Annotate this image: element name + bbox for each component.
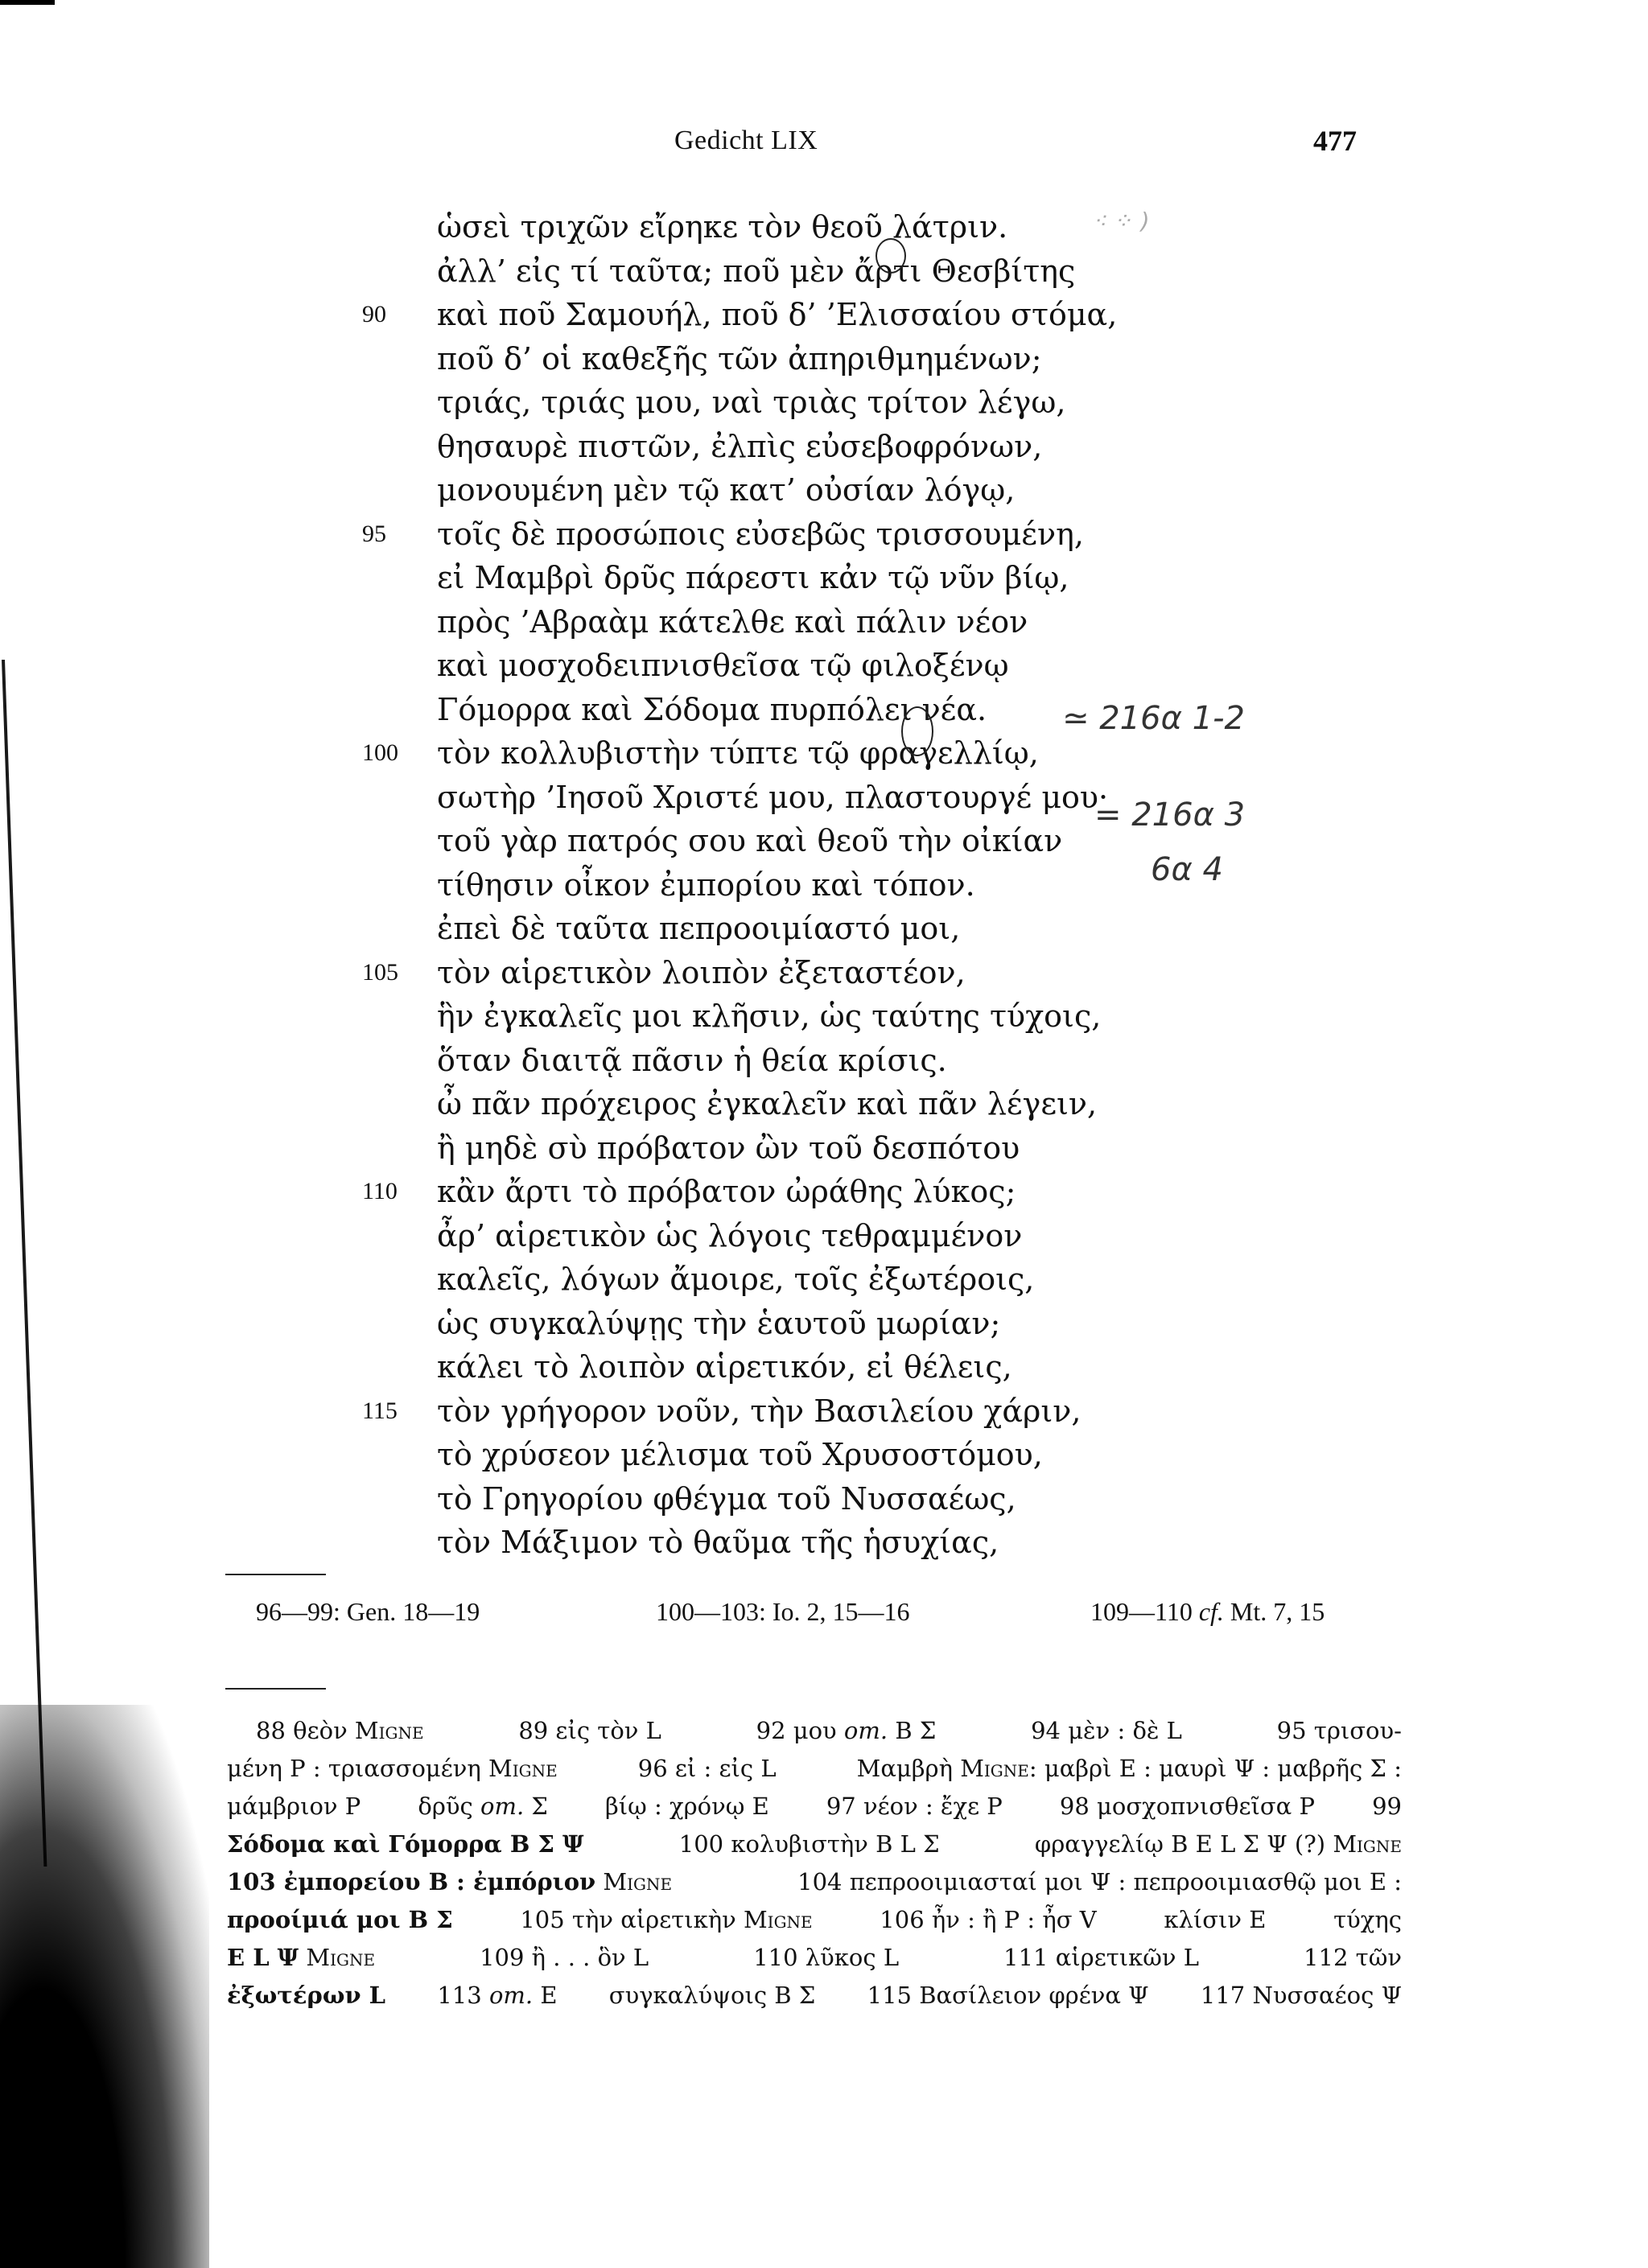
verse-line: καλεῖς, λόγων ἄμοιρε, τοῖς ἐξωτέροις, [362,1257,1408,1302]
margin-note-2: = 216α 3 [1094,796,1245,834]
verse-text: ὡς συγκαλύψῃς τὴν ἑαυτοῦ μωρίαν; [437,1302,1000,1346]
verse-text: τοῦ γὰρ πατρός σου καὶ θεοῦ τὴν οἰκίαν [437,819,1062,863]
running-title: Gedicht LIX [674,126,818,156]
verse-line: ὡς συγκαλύψῃς τὴν ἑαυτοῦ μωρίαν; [362,1302,1408,1346]
verse-text: τριάς, τριάς μου, ναὶ τριὰς τρίτον λέγω, [437,381,1065,425]
verse-number: 90 [362,293,418,337]
verse-number: 95 [362,512,418,557]
poem-text: ὡσεὶ τριχῶν εἴρηκε τὸν θεοῦ λάτριν.ἀλλ’ … [362,205,1408,1565]
verse-text: τοῖς δὲ προσώποις εὐσεβῶς τρισσουμένη, [437,512,1084,557]
verse-text: τὸν Μάξιμον τὸ θαῦμα τῆς ἡσυχίας, [437,1521,999,1565]
verse-number: 105 [362,951,418,995]
page-header: Gedicht LIX 477 [0,119,1648,167]
verse-line: εἰ Μαμβρὶ δρῦς πάρεστι κἀν τῷ νῦν βίῳ, [362,556,1408,600]
scan-shadow [0,1705,209,2268]
verse-line: τὸ Γρηγορίου φθέγμα τοῦ Νυσσαέως, [362,1477,1408,1521]
verse-line: θησαυρὲ πιστῶν, ἐλπὶς εὐσεβοφρόνων, [362,425,1408,469]
apparatus-line-8: ἐξωτέρων L 113 om. E συγκαλύψοις B Σ 115… [227,1977,1402,2015]
apparatus-line-7: E L Ψ Migne 109 ἢ . . . ὃν L 110 λῦκος L… [227,1939,1402,1977]
verse-text: καὶ ποῦ Σαμουήλ, ποῦ δ’ ’Ελισσαίου στόμα… [437,293,1117,337]
lambda-circle-mark [901,706,933,756]
verse-text: ποῦ δ’ οἱ καθεξῆς τῶν ἀπηριθμημένων; [437,337,1042,381]
separator-rule-2 [225,1688,326,1690]
verse-line: τὸ χρύσεον μέλισμα τοῦ Χρυσοστόμου, [362,1433,1408,1477]
verse-text: ἣν ἐγκαλεῖς μοι κλῆσιν, ὡς ταύτης τύχοις… [437,994,1101,1039]
verse-line: μονουμένη μὲν τῷ κατ’ οὐσίαν λόγῳ, [362,468,1408,512]
verse-text: σωτὴρ ’Ιησοῦ Χριστέ μου, πλαστουργέ μου· [437,776,1108,820]
verse-line: ἐπεὶ δὲ ταῦτα πεπροοιμίαστό μοι, [362,907,1408,951]
verse-text: εἰ Μαμβρὶ δρῦς πάρεστι κἀν τῷ νῦν βίῳ, [437,556,1069,600]
verse-line: σωτὴρ ’Ιησοῦ Χριστέ μου, πλαστουργέ μου· [362,776,1408,820]
citation-1: 96—99: Gen. 18—19 [256,1597,480,1627]
separator-rule-1 [225,1574,326,1575]
verse-line: 90καὶ ποῦ Σαμουήλ, ποῦ δ’ ’Ελισσαίου στό… [362,293,1408,337]
verse-line: τίθησιν οἶκον ἐμπορίου καὶ τόπον. [362,863,1408,908]
verse-text: πρὸς ’Αβραὰμ κάτελθε καὶ πάλιν νέον [437,600,1028,644]
verse-line: τοῦ γὰρ πατρός σου καὶ θεοῦ τὴν οἰκίαν [362,819,1408,863]
citation-3: 109—110 cf. Mt. 7, 15 [1090,1597,1325,1627]
verse-number: 100 [362,731,418,776]
apparatus-line-4: Σόδομα καὶ Γόμορρα B Σ Ψ 100 κολυβιστὴν … [227,1826,1402,1863]
page-number: 477 [1313,124,1357,158]
verse-text: τὸ Γρηγορίου φθέγμα τοῦ Νυσσαέως, [437,1477,1016,1521]
verse-text: ὡσεὶ τριχῶν εἴρηκε τὸν θεοῦ λάτριν. [437,205,1007,249]
margin-note-1: ≃ 216α 1-2 [1062,700,1245,737]
verse-line: τριάς, τριάς μου, ναὶ τριὰς τρίτον λέγω, [362,381,1408,425]
margin-mark-faint: ⁖ ⁘ ) [1094,208,1150,234]
verse-number: 110 [362,1170,418,1214]
verse-line: Γόμορρα καὶ Σόδομα πυρπόλει νέα. [362,688,1408,732]
scan-artifact-top [0,0,55,5]
verse-line: 110κἂν ἄρτι τὸ πρόβατον ὠράθης λύκος; [362,1170,1408,1214]
verse-text: τὸ χρύσεον μέλισμα τοῦ Χρυσοστόμου, [437,1433,1043,1477]
apparatus-line-3: μάμβριον P δρῦς om. Σ βίῳ : χρόνῳ E 97 ν… [227,1788,1402,1826]
verse-line: 115τὸν γρήγορον νοῦν, τὴν Βασιλείου χάρι… [362,1389,1408,1434]
theta-circle-mark [875,238,906,274]
verse-text: ἆρ’ αἱρετικὸν ὡς λόγοις τεθραμμένον [437,1214,1022,1258]
verse-line: ποῦ δ’ οἱ καθεξῆς τῶν ἀπηριθμημένων; [362,337,1408,381]
citation-2: 100—103: Io. 2, 15—16 [656,1597,910,1627]
verse-line: καὶ μοσχοδειπνισθεῖσα τῷ φιλοξένῳ [362,644,1408,688]
verse-line: ἣν ἐγκαλεῖς μοι κλῆσιν, ὡς ταύτης τύχοις… [362,994,1408,1039]
page-edge-line [2,660,47,1867]
verse-text: καὶ μοσχοδειπνισθεῖσα τῷ φιλοξένῳ [437,644,1009,688]
verse-line: 105τὸν αἱρετικὸν λοιπὸν ἐξεταστέον, [362,951,1408,995]
verse-text: τίθησιν οἶκον ἐμπορίου καὶ τόπον. [437,863,975,908]
verse-line: κάλει τὸ λοιπὸν αἱρετικόν, εἰ θέλεις, [362,1345,1408,1389]
verse-text: μονουμένη μὲν τῷ κατ’ οὐσίαν λόγῳ, [437,468,1015,512]
verse-line: πρὸς ’Αβραὰμ κάτελθε καὶ πάλιν νέον [362,600,1408,644]
verse-text: ὦ πᾶν πρόχειρος ἐγκαλεῖν καὶ πᾶν λέγειν, [437,1082,1097,1126]
verse-line: ὦ πᾶν πρόχειρος ἐγκαλεῖν καὶ πᾶν λέγειν, [362,1082,1408,1126]
verse-text: θησαυρὲ πιστῶν, ἐλπὶς εὐσεβοφρόνων, [437,425,1042,469]
verse-text: ὅταν διαιτᾷ πᾶσιν ἡ θεία κρίσις. [437,1039,947,1083]
verse-line: ἢ μηδὲ σὺ πρόβατον ὢν τοῦ δεσπότου [362,1126,1408,1171]
verse-line: τὸν Μάξιμον τὸ θαῦμα τῆς ἡσυχίας, [362,1521,1408,1565]
apparatus-line-1: 88 θεὸν Migne 89 εἰς τὸν L 92 μου om. B … [227,1712,1402,1750]
verse-line: ἆρ’ αἱρετικὸν ὡς λόγοις τεθραμμένον [362,1214,1408,1258]
apparatus-line-5: 103 ἐμπορείου B : ἐμπόριον Migne 104 πεπ… [227,1863,1402,1901]
apparatus-line-2: μένη P : τριασσομένη Migne 96 εἰ : εἰς L… [227,1750,1402,1788]
verse-text: ἢ μηδὲ σὺ πρόβατον ὢν τοῦ δεσπότου [437,1126,1020,1171]
verse-line: ὅταν διαιτᾷ πᾶσιν ἡ θεία κρίσις. [362,1039,1408,1083]
verse-text: κἂν ἄρτι τὸ πρόβατον ὠράθης λύκος; [437,1170,1016,1214]
margin-note-3: 6α 4 [1151,851,1223,888]
verse-text: ἐπεὶ δὲ ταῦτα πεπροοιμίαστό μοι, [437,907,960,951]
verse-text: καλεῖς, λόγων ἄμοιρε, τοῖς ἐξωτέροις, [437,1257,1034,1302]
critical-apparatus: 88 θεὸν Migne 89 εἰς τὸν L 92 μου om. B … [227,1712,1402,2015]
verse-text: τὸν κολλυβιστὴν τύπτε τῷ φραγελλίῳ, [437,731,1039,776]
verse-text: τὸν αἱρετικὸν λοιπὸν ἐξεταστέον, [437,951,966,995]
verse-text: ἀλλ’ εἰς τί ταῦτα; ποῦ μὲν ἄρτι Θεσβίτης [437,249,1075,294]
verse-line: 100τὸν κολλυβιστὴν τύπτε τῷ φραγελλίῳ, [362,731,1408,776]
verse-line: 95τοῖς δὲ προσώποις εὐσεβῶς τρισσουμένη, [362,512,1408,557]
apparatus-line-6: προοίμιά μοι B Σ 105 τὴν αἱρετικὴν Migne… [227,1901,1402,1939]
verse-number: 115 [362,1389,418,1434]
verse-text: κάλει τὸ λοιπὸν αἱρετικόν, εἰ θέλεις, [437,1345,1012,1389]
verse-text: τὸν γρήγορον νοῦν, τὴν Βασιλείου χάριν, [437,1389,1081,1434]
